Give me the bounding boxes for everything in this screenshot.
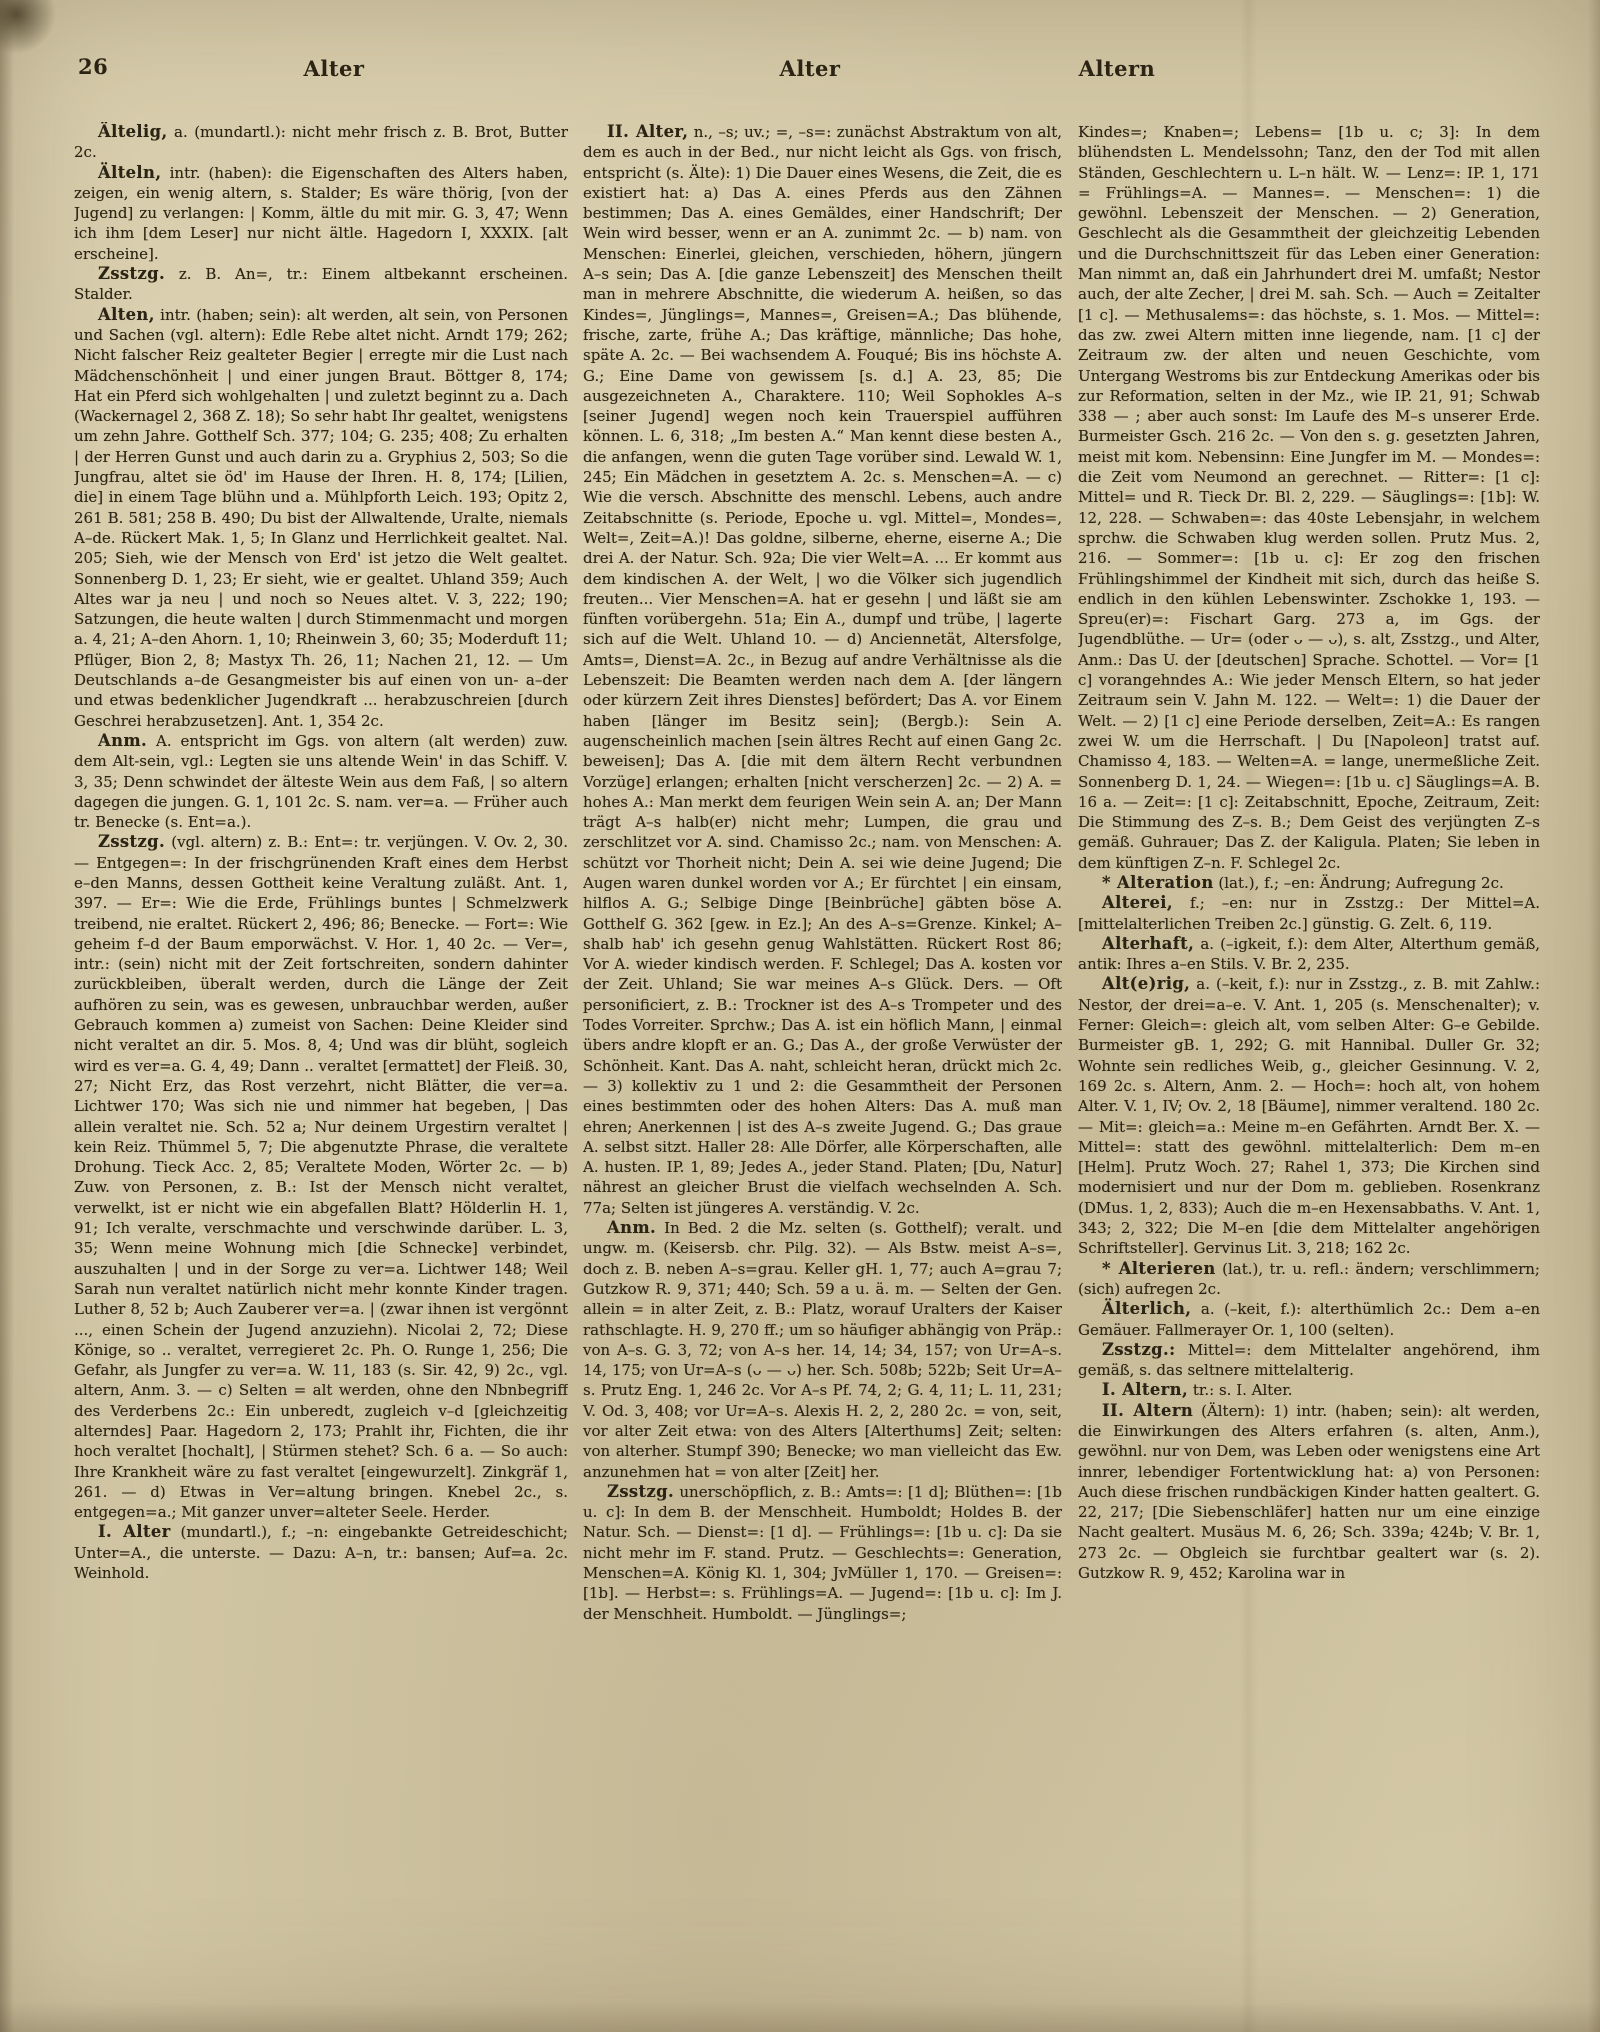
entry-alterei: Alterei, f.; –en: nur in Zsstzg.: Der Mi… <box>1078 893 1540 934</box>
anm-alter: Anm. In Bed. 2 die Mz. selten (s. Gotthe… <box>583 1218 1062 1482</box>
running-head-column-3: Altern <box>1079 56 1156 81</box>
entry-headword: * Alteration <box>1102 873 1214 892</box>
zsstzg-aelteln: Zsstzg. z. B. An=, tr.: Einem altbekannt… <box>74 264 568 305</box>
entry-headword: Zsstzg. <box>607 1482 674 1501</box>
zsstzg-alter-continued: Kindes=; Knaben=; Lebens= [1b u. c; 3]: … <box>1078 122 1540 873</box>
zsstzg-alten: Zsstzg. (vgl. altern) z. B.: Ent=: tr. v… <box>74 832 568 1522</box>
entry-headword: I. Alter <box>98 1522 171 1541</box>
entry-aelterlich: Älterlich, a. (–keit, f.): alterthümlich… <box>1078 1299 1540 1340</box>
zsstzg-aelterlich: Zsstzg.: Mittel=: dem Mittelalter angehö… <box>1078 1340 1540 1381</box>
entry-alter-i: I. Alter (mundartl.), f.; –n: eingebankt… <box>74 1522 568 1583</box>
entry-alteration: * Alteration (lat.), f.; –en: Ändrung; A… <box>1078 873 1540 893</box>
page-number: 26 <box>78 54 108 79</box>
text-column-2: II. Alter, n., –s; uv.; =, –s=: zunächst… <box>583 122 1062 1967</box>
entry-headword: Anm. <box>98 731 147 750</box>
entry-headword: Zsstzg. <box>98 264 165 283</box>
entry-headword: Zsstzg.: <box>1102 1340 1176 1359</box>
entry-headword: Alt(e)rig, <box>1102 974 1190 993</box>
anm-alten: Anm. A. entspricht im Ggs. von altern (a… <box>74 731 568 832</box>
entry-headword: Alten, <box>98 305 155 324</box>
entry-altern-i: I. Altern, tr.: s. I. Alter. <box>1078 1380 1540 1400</box>
entry-headword: I. Altern, <box>1102 1380 1188 1399</box>
entry-headword: II. Altern <box>1102 1401 1193 1420</box>
text-column-1: Ältelig, a. (mundartl.): nicht mehr fris… <box>74 122 568 1967</box>
entry-headword: Alterhaft, <box>1102 934 1194 953</box>
entry-headword: Anm. <box>607 1218 656 1237</box>
entry-aeltelig: Ältelig, a. (mundartl.): nicht mehr fris… <box>74 122 568 163</box>
entry-alterhaft: Alterhaft, a. (–igkeit, f.): dem Alter, … <box>1078 934 1540 975</box>
entry-headword: II. Alter, <box>607 122 688 141</box>
entry-alter-ii: II. Alter, n., –s; uv.; =, –s=: zunächst… <box>583 122 1062 1218</box>
entry-alterieren: * Alterieren (lat.), tr. u. refl.: änder… <box>1078 1259 1540 1300</box>
dictionary-page: 26 Alter Alter Altern Ältelig, a. (munda… <box>0 0 1600 2032</box>
entry-headword: * Alterieren <box>1102 1259 1216 1278</box>
text-column-3: Kindes=; Knaben=; Lebens= [1b u. c; 3]: … <box>1078 122 1540 1967</box>
zsstzg-alter: Zsstzg. unerschöpflich, z. B.: Amts=: [1… <box>583 1482 1062 1624</box>
entry-headword: Älteln, <box>98 163 161 182</box>
entry-alterig: Alt(e)rig, a. (–keit, f.): nur in Zsstzg… <box>1078 974 1540 1258</box>
entry-headword: Alterei, <box>1102 893 1173 912</box>
entry-aelteln: Älteln, intr. (haben): die Eigenschaften… <box>74 163 568 264</box>
running-head-column-1: Alter <box>304 56 365 81</box>
entry-alten: Alten, intr. (haben; sein): alt werden, … <box>74 305 568 731</box>
entry-headword: Älterlich, <box>1102 1299 1191 1318</box>
entry-altern-ii: II. Altern (Ältern): 1) intr. (haben; se… <box>1078 1401 1540 1584</box>
entry-headword: Ältelig, <box>98 122 168 141</box>
entry-headword: Zsstzg. <box>98 832 165 851</box>
running-head-column-2: Alter <box>780 56 841 81</box>
